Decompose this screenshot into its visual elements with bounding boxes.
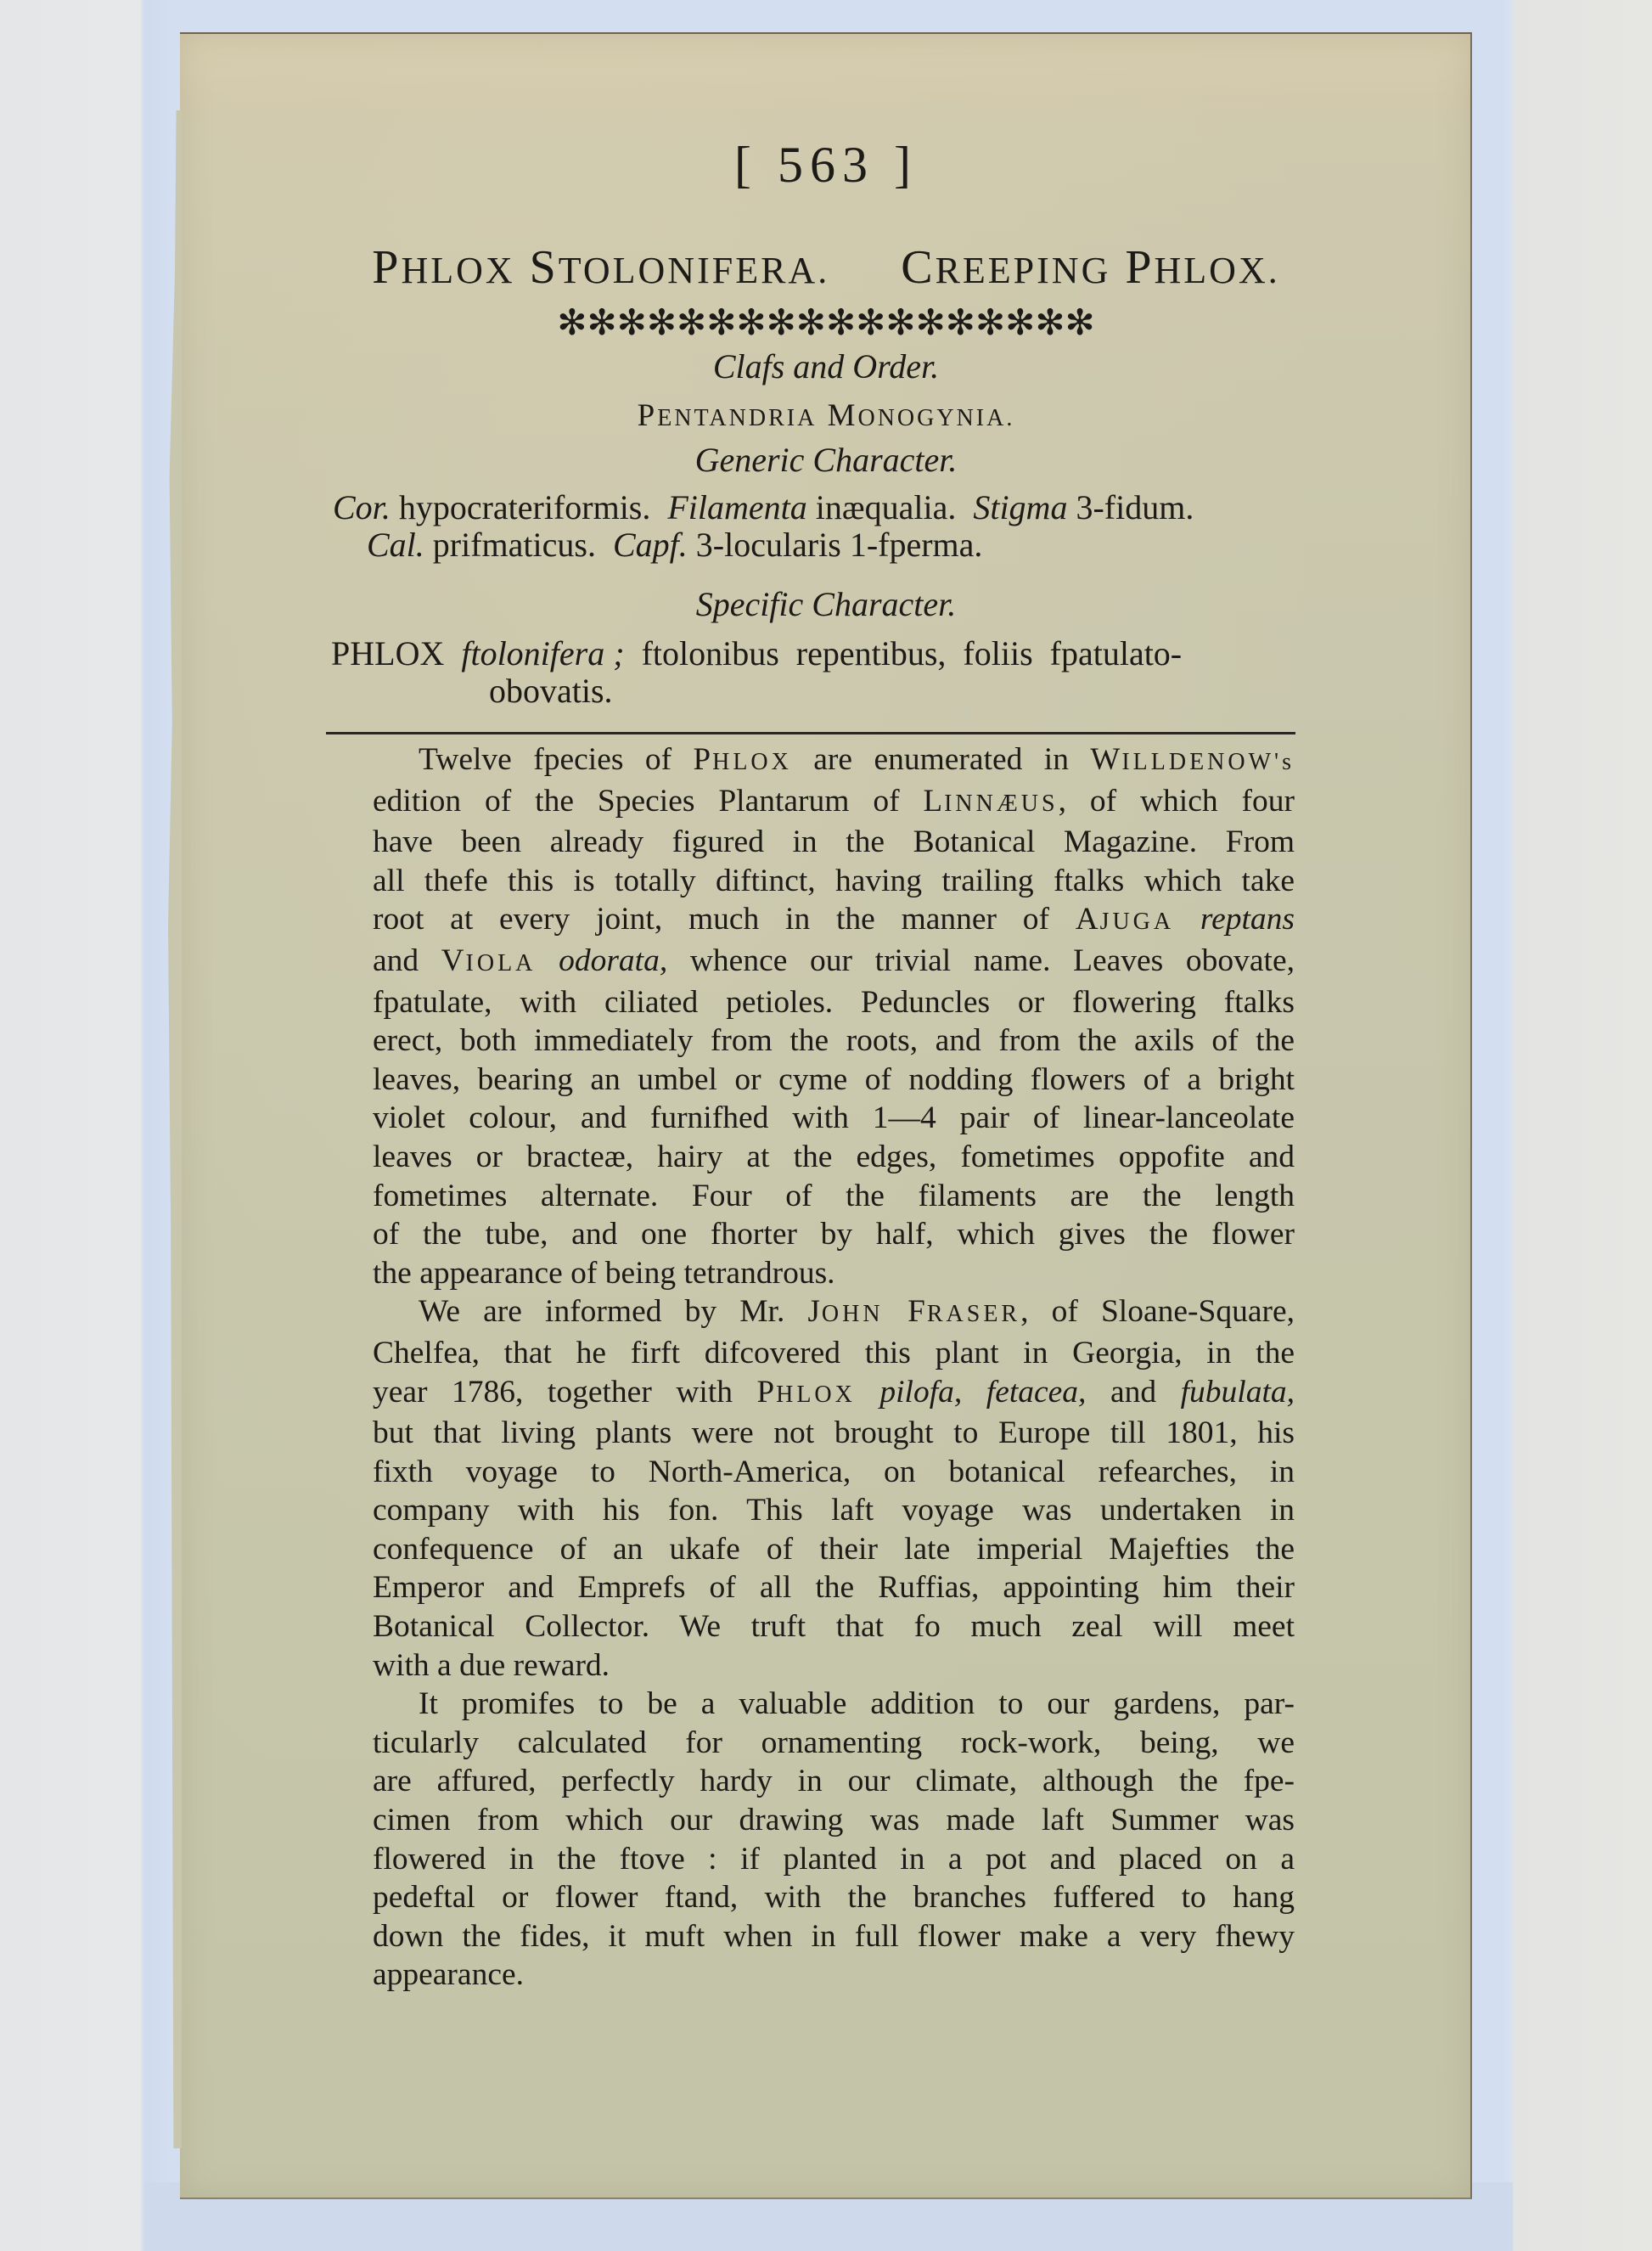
text-line: fixth voyage to North-America, on botani…	[327, 1453, 1295, 1492]
text-line: of the tube, and one fhorter by half, wh…	[327, 1215, 1295, 1254]
text-line: pedeftal or flower ftand, with the branc…	[327, 1878, 1295, 1917]
text-line: violet colour, and furnifhed with 1—4 pa…	[327, 1099, 1295, 1138]
specific-genus: PHLOX	[331, 634, 444, 672]
text-line: year 1786, together with PHLOX pilofa, f…	[327, 1373, 1295, 1415]
text-line: appearance.	[327, 1956, 1295, 1995]
text-line: have been already figured in the Botanic…	[327, 823, 1295, 862]
text-line: with a due reward.	[327, 1646, 1295, 1685]
text-line: the appearance of being tetrandrous.	[327, 1254, 1295, 1293]
text-line: all thefe this is totally diftinct, havi…	[327, 862, 1295, 901]
text-line: Twelve fpecies of PHLOX are enumerated i…	[327, 740, 1295, 782]
text-line: leaves or bracteæ, hairy at the edges, f…	[327, 1138, 1295, 1177]
paragraph: We are informed by Mr. JOHN FRASER, of S…	[327, 1292, 1295, 1685]
text-line: edition of the Species Plantarum of LINN…	[327, 782, 1295, 824]
text-line: It promifes to be a valuable addition to…	[327, 1685, 1295, 1724]
text-line: Botanical Collector. We truft that fo mu…	[327, 1607, 1295, 1646]
generic-character-line-1: Cor. hypocrateriformis. Filamenta inæqua…	[333, 487, 1194, 527]
specific-text: ftolonibus repentibus, foliis fpatulato-	[642, 634, 1183, 672]
text-line: cimen from which our drawing was made la…	[327, 1801, 1295, 1840]
title-common: CREEPING PHLOX.	[901, 241, 1280, 294]
text-line: are affured, perfectly hardy in our clim…	[327, 1762, 1295, 1801]
specific-character-continuation: obovatis.	[489, 671, 613, 711]
class-order-heading: Clafs and Order.	[0, 346, 1652, 386]
text-line: confequence of an ukafe of their late im…	[327, 1530, 1295, 1569]
text-line: company with his fon. This laft voyage w…	[327, 1491, 1295, 1530]
text-line: down the fides, it muft when in full flo…	[327, 1917, 1295, 1956]
body-text: Twelve fpecies of PHLOX are enumerated i…	[327, 740, 1295, 1995]
text-line: flowered in the ftove : if planted in a …	[327, 1840, 1295, 1879]
specific-species: ftolonifera ;	[461, 634, 624, 672]
text-line: leaves, bearing an umbel or cyme of nodd…	[327, 1061, 1295, 1100]
title-latin: PHLOX STOLONIFERA.	[372, 241, 829, 294]
class-order: PENTANDRIA MONOGYNIA.	[0, 397, 1652, 434]
text-line: erect, both immediately from the roots, …	[327, 1021, 1295, 1061]
generic-character-line-2: Cal. prifmaticus. Capf. 3-locularis 1-fp…	[367, 525, 982, 565]
text-line: fometimes alternate. Four of the filamen…	[327, 1177, 1295, 1216]
text-line: fpatulate, with ciliated petioles. Pedun…	[327, 983, 1295, 1022]
paragraph: It promifes to be a valuable addition to…	[327, 1685, 1295, 1995]
text-line: but that living plants were not brought …	[327, 1414, 1295, 1453]
text-line: Emperor and Emprefs of all the Ruffias, …	[327, 1568, 1295, 1607]
text-line: Chelfea, that he firft difcovered this p…	[327, 1334, 1295, 1373]
text-line: root at every joint, much in the manner …	[327, 900, 1295, 942]
text-line: and VIOLA odorata, whence our trivial na…	[327, 942, 1295, 983]
text-line: We are informed by Mr. JOHN FRASER, of S…	[327, 1292, 1295, 1334]
specific-character: PHLOX ftolonifera ; ftolonibus repentibu…	[331, 633, 1182, 673]
text-line: ticularly calculated for ornamenting roc…	[327, 1724, 1295, 1763]
page-title: PHLOX STOLONIFERA. CREEPING PHLOX.	[0, 240, 1652, 295]
generic-character-heading: Generic Character.	[0, 440, 1652, 480]
paragraph: Twelve fpecies of PHLOX are enumerated i…	[327, 740, 1295, 1292]
ornament-divider: ✻✻✻✻✻✻✻✻✻✻✻✻✻✻✻✻✻✻	[0, 306, 1652, 341]
specific-character-heading: Specific Character.	[0, 584, 1652, 624]
section-rule	[326, 732, 1295, 734]
page-number: [ 563 ]	[0, 136, 1652, 194]
